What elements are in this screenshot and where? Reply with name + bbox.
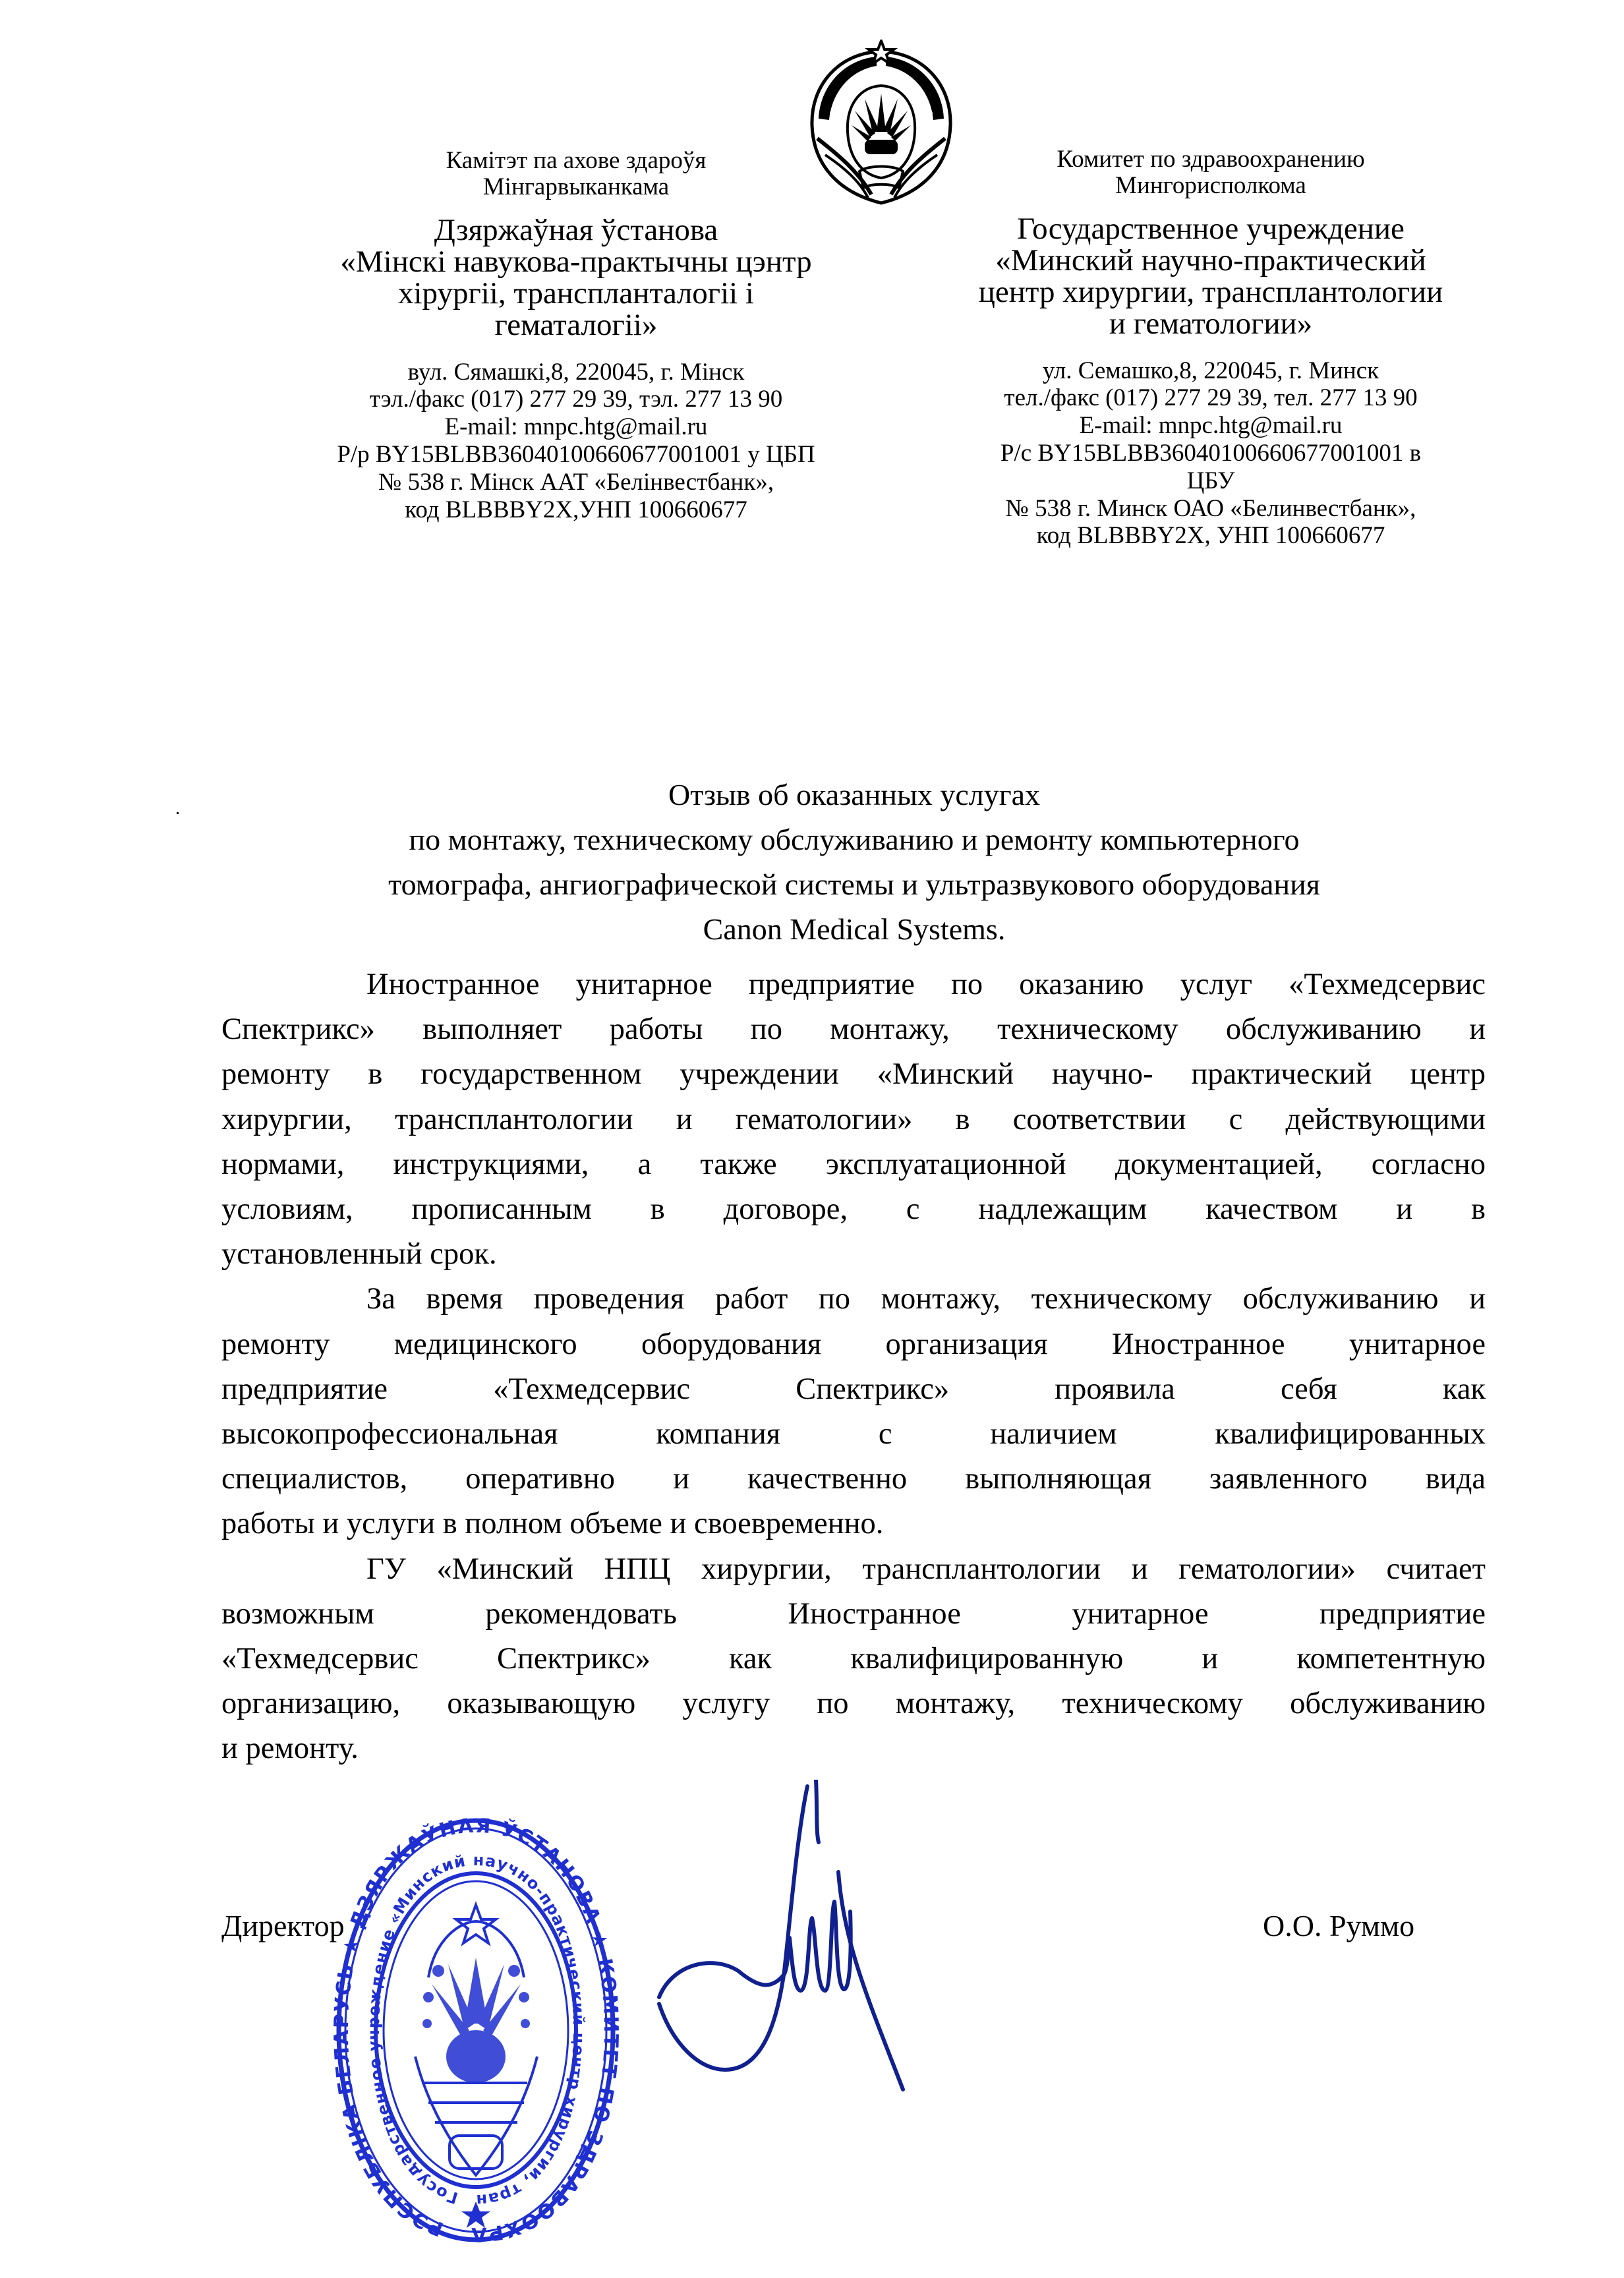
handwritten-signature [652,1780,1101,2149]
email-by: E-mail: mnpc.htg@mail.ru [312,413,840,441]
org-type-ru: Государственное учреждение [947,214,1474,245]
paragraph-2: За время проведения работ по монтажу, те… [221,1277,1486,1546]
body-line: Иностранное унитарное предприятие по ока… [221,962,1486,1007]
bank-ru: № 538 г. Минск ОАО «Белинвестбанк», [947,495,1474,523]
body-line: установленный срок. [221,1232,1486,1277]
committee-city-ru: Мингорисполкома [947,173,1474,199]
body-line: организацию, оказывающую услугу по монта… [221,1681,1486,1726]
phone-ru: тел./факс (017) 277 29 39, тел. 277 13 9… [947,384,1474,412]
address-by: вул. Сямашкі,8, 220045, г. Мінск [312,359,840,386]
committee-city-by: Мінгарвыканкама [312,174,840,200]
phone-by: тэл./факс (017) 277 29 39, тэл. 277 13 9… [312,386,840,413]
committee-name-ru: Комитет по здравоохранению [947,146,1474,173]
body-line: специалистов, оперативно и качественно в… [221,1457,1486,1502]
org-name-by-3: гематалогіі» [312,310,840,341]
body-line: нормами, инструкциями, а также эксплуата… [221,1142,1486,1187]
title-line-2: по монтажу, техническому обслуживанию и … [221,817,1487,862]
body-line: возможным рекомендовать Иностранное унит… [221,1592,1486,1637]
director-name: О.О. Руммо [1263,1908,1414,1943]
org-name-ru-3: и гематологии» [947,308,1474,340]
codes-ru: код BLBBBY2X, УНП 100660677 [947,522,1474,550]
org-name-by-2: хірургіі, трансплантaлогіі і [312,278,840,310]
body-line: «Техмедсервис Спектрикс» как квалифициро… [221,1637,1486,1681]
official-stamp: РЭСПУБЛІКА БЕЛАРУСЬ ★ ДЗЯРЖАЎНАЯ ЎСТАНОВ… [330,1806,623,2254]
account-ru-1: Р/с BY15BLBB36040100660677001001 в [947,440,1474,467]
org-name-by-1: «Мінскі навукова-практычны цэнтр [312,247,840,278]
body-line: высокопрофессиональная компания с наличи… [221,1412,1486,1457]
body-line: предприятие «Техмедсервис Спектрикс» про… [221,1367,1486,1412]
org-name-ru-2: центр хирургии, трансплантологии [947,277,1474,308]
letter-body: Иностранное унитарное предприятие по ока… [221,962,1486,1772]
body-line: ремонту в государственном учреждении «Ми… [221,1052,1486,1097]
body-line: хирургии, трансплантологии и гематологии… [221,1097,1486,1142]
body-line: условиям, прописанным в договоре, с надл… [221,1187,1486,1232]
committee-name-by: Камітэт па ахове здароўя [312,148,840,174]
body-line: ГУ «Минский НПЦ хирургии, трансплантолог… [221,1547,1486,1592]
director-label: Директор [221,1908,345,1943]
scan-speck [177,812,179,814]
body-line: работы и услуги в полном объеме и своевр… [221,1502,1486,1546]
address-ru: ул. Семашко,8, 220045, г. Минск [947,357,1474,385]
title-line-1: Отзыв об оказанных услугах [221,773,1487,817]
bank-by: № 538 г. Мінск ААТ «Белінвестбанк», [312,469,840,496]
body-line: и ремонту. [221,1726,1486,1771]
body-line: Спектрикс» выполняет работы по монтажу, … [221,1007,1486,1052]
title-line-3: томографа, ангиографической системы и ул… [221,862,1487,907]
title-line-4: Canon Medical Systems. [221,907,1487,952]
body-line: ремонту медицинского оборудования органи… [221,1322,1486,1367]
paragraph-3: ГУ «Минский НПЦ хирургии, трансплантолог… [221,1547,1486,1772]
account-by: Р/р BY15BLBB36040100660677001001 у ЦБП [312,441,840,469]
body-line: За время проведения работ по монтажу, те… [221,1277,1486,1322]
header-right-russian: Комитет по здравоохранению Мингорисполко… [947,146,1474,550]
header-left-belarusian: Камітэт па ахове здароўя Мінгарвыканкама… [312,148,840,523]
email-ru: E-mail: mnpc.htg@mail.ru [947,412,1474,440]
paragraph-1: Иностранное унитарное предприятие по ока… [221,962,1486,1277]
org-name-ru-1: «Минский научно-практический [947,245,1474,277]
org-type-by: Дзяржаўная ўстанова [312,215,840,247]
account-ru-2: ЦБУ [947,467,1474,495]
codes-by: код BLBBBY2X,УНП 100660677 [312,496,840,524]
document-title: Отзыв об оказанных услугах по монтажу, т… [221,773,1487,952]
